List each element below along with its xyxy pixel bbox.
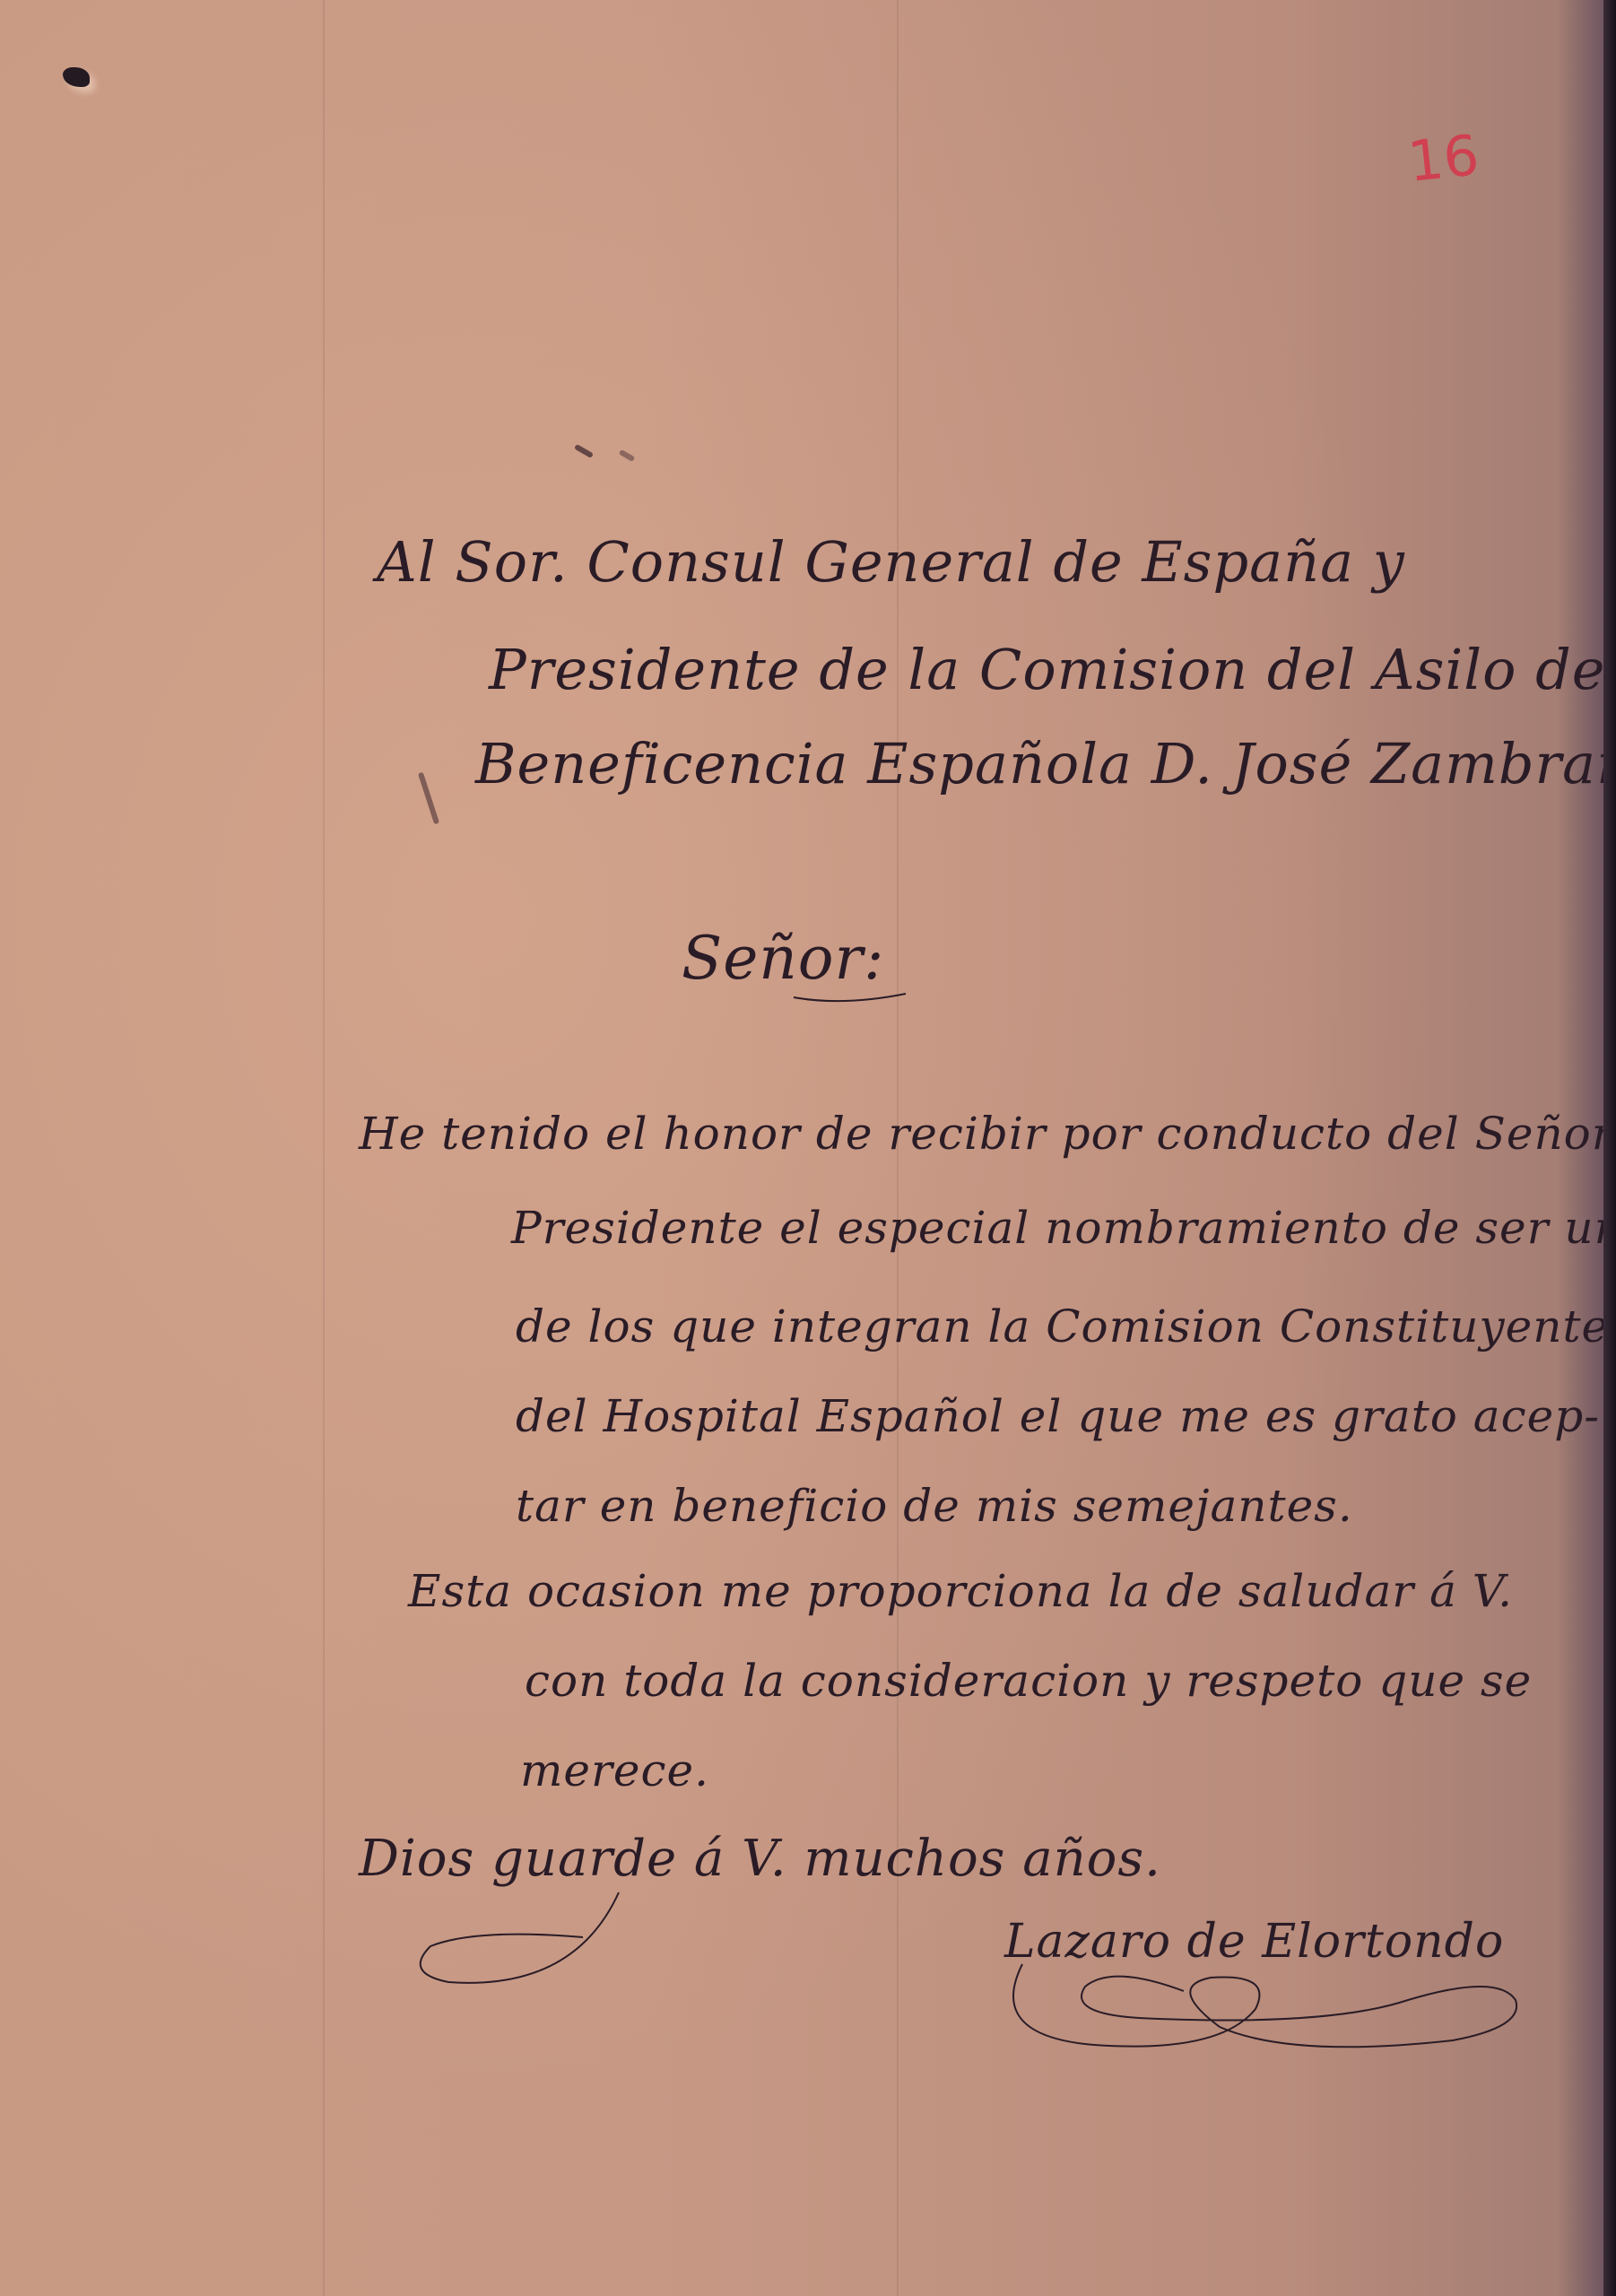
ink-smudge: [574, 444, 594, 458]
body-line-1: He tenido el honor de recibir por conduc…: [359, 1108, 1614, 1160]
body-line-2: Presidente el especial nombramiento de s…: [511, 1202, 1616, 1254]
manuscript-page: 16 Al Sor. Consul General de España y Pr…: [0, 0, 1605, 2296]
body-line-5: tar en beneficio de mis semejantes.: [516, 1480, 1353, 1532]
body-line-3: de los que integran la Comision Constitu…: [516, 1300, 1609, 1352]
paper-fold-line: [323, 0, 325, 2296]
address-line-1: Al Sor. Consul General de España y: [377, 529, 1405, 595]
ink-smudge: [418, 772, 439, 825]
closing-line: Dios guarde á V. muchos años.: [359, 1830, 1161, 1888]
address-line-2: Presidente de la Comision del Asilo de: [489, 637, 1606, 702]
body-line-6: Esta ocasion me proporciona la de saluda…: [408, 1565, 1513, 1617]
body-line-8: merece.: [520, 1744, 709, 1796]
salutation-underline: [789, 987, 915, 1013]
closing-flourish: [395, 1883, 628, 2000]
body-line-4: del Hospital Español el que me es grato …: [516, 1390, 1600, 1442]
paper-hole: [63, 67, 90, 87]
signature-flourish: [986, 1955, 1560, 2063]
ink-smudge: [619, 449, 636, 462]
salutation: Señor:: [682, 924, 884, 993]
body-line-7: con toda la consideracion y respeto que …: [525, 1655, 1532, 1707]
folio-number: 16: [1404, 122, 1481, 195]
background-edge: [1603, 0, 1616, 2296]
address-line-3: Beneficencia Española D. José Zambrano.: [475, 731, 1616, 796]
